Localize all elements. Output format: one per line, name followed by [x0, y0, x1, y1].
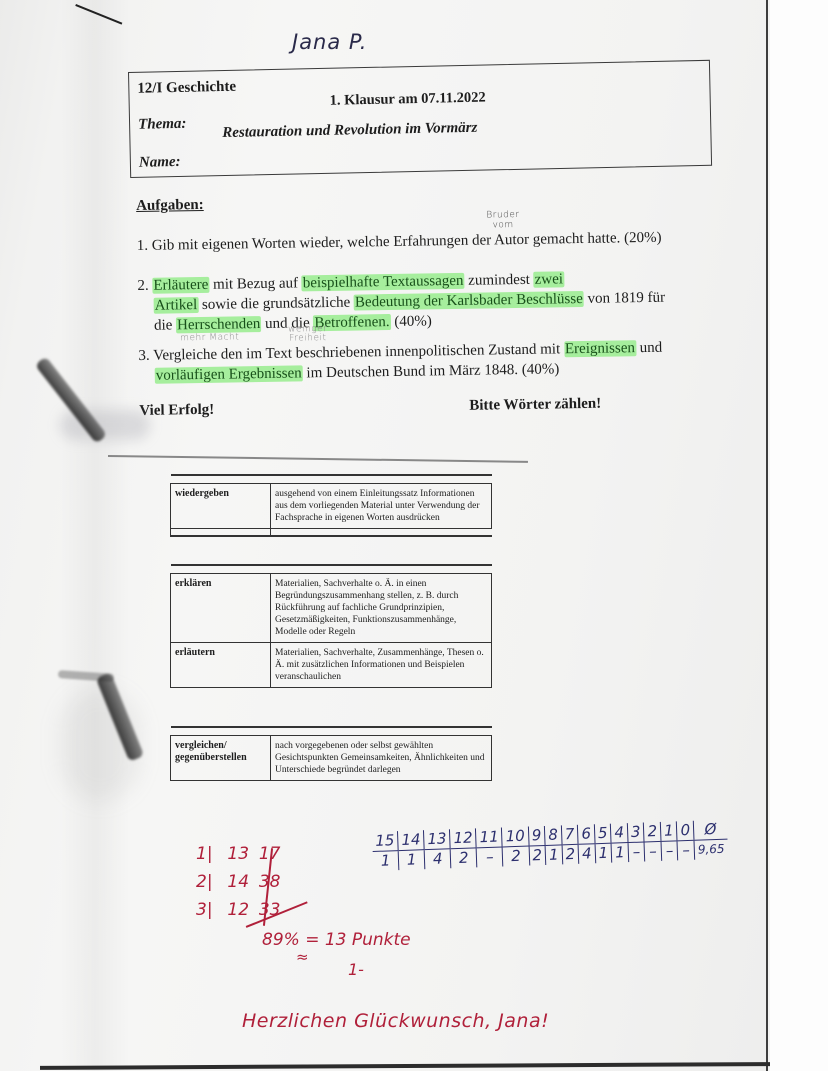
task-text: zumindest	[468, 272, 530, 289]
task-text: und	[640, 340, 663, 356]
grade-count-cell: 2	[562, 844, 579, 864]
operator-term: erläutern	[171, 642, 271, 687]
grade-point-cell: 7	[561, 825, 578, 845]
grade-count-cell: 1	[545, 845, 562, 865]
operator-definition: ausgehend von einem Einleitungssatz Info…	[271, 483, 492, 528]
grade-count-cell: 1	[373, 851, 399, 871]
grade-point-cell: 14	[398, 830, 425, 850]
grading-task: 3|	[196, 900, 222, 920]
annotation-weniger-freiheit: weniger Freiheit	[288, 325, 328, 344]
operator-table-vergleichen: vergleichen/ gegenüberstellen nach vorge…	[170, 726, 492, 781]
grading-approx: ≈	[296, 948, 309, 966]
closing-count-words: Bitte Wörter zählen!	[469, 396, 601, 415]
grading-task: 2|	[196, 872, 222, 892]
task-2: 2. Erläutere mit Bezug auf beispielhafte…	[137, 268, 678, 336]
grading-points: 13	[227, 844, 253, 864]
grade-point-cell: 2	[644, 822, 661, 842]
grading-row: 1| 13 17	[196, 844, 280, 864]
grade-point-cell: 5	[594, 824, 611, 844]
annotation-bruder-vom: Bruder vom	[486, 210, 520, 231]
exam-title: 1. Klausur am 07.11.2022	[329, 90, 485, 110]
grading-grade: 1-	[348, 960, 364, 979]
grade-point-cell: Ø	[693, 820, 727, 841]
grade-count-cell: –	[628, 842, 645, 862]
grade-point-cell: 4	[611, 823, 628, 843]
grading-points: 14	[227, 872, 253, 892]
grade-count-cell: 9,65	[694, 839, 728, 860]
operator-term: wiedergeben	[171, 483, 271, 528]
task-text: sowie die grundsätzliche	[202, 295, 351, 313]
grading-result: 89% = 13 Punkte	[262, 930, 411, 950]
operator-definition: Materialien, Sachverhalte o. Ä. in einen…	[271, 573, 492, 642]
operator-definition: Materialien, Sachverhalte, Zusammenhänge…	[271, 642, 492, 687]
task-text: Autor gemacht hatte. (20%)	[494, 230, 662, 249]
task-text: Gib mit eigenen Worten wieder, welche Er…	[152, 232, 492, 253]
grade-point-cell: 10	[502, 827, 529, 847]
grading-points: 12	[227, 900, 253, 920]
grade-point-cell: 0	[677, 821, 694, 841]
task-text: die	[154, 317, 173, 333]
task-text: mit Bezug auf	[213, 275, 298, 292]
task-3: 3. Vergleiche den im Text beschriebenen …	[138, 337, 679, 385]
table-row: erläutern Materialien, Sachverhalte, Zus…	[171, 642, 492, 687]
highlight: zwei	[534, 271, 565, 287]
grade-count-cell: 2	[450, 848, 477, 868]
grade-count-cell: –	[677, 840, 694, 860]
grade-point-cell: 12	[450, 828, 477, 848]
operator-table-wiedergeben: wiedergeben ausgehend von einem Einleitu…	[170, 474, 492, 537]
subject-label: 12/I Geschichte	[137, 79, 236, 98]
table-row: vergleichen/ gegenüberstellen nach vorge…	[171, 735, 492, 780]
operator-term: erklären	[171, 573, 271, 642]
grade-point-cell: 15	[372, 831, 398, 851]
task-number: 3.	[138, 348, 149, 364]
grade-count-cell: 1	[595, 843, 612, 863]
operator-definition: nach vorgegebenen oder selbst gewählten …	[271, 735, 492, 780]
background-margin	[770, 0, 828, 1071]
grade-count-cell: 1	[398, 850, 425, 870]
operator-table-erklaeren-erlaeutern: erklären Materialien, Sachverhalte o. Ä.…	[170, 564, 492, 688]
name-label: Name:	[139, 154, 181, 172]
highlight: Ereignissen	[564, 340, 636, 357]
highlight: Bedeutung der Karlsbader Beschlüsse	[354, 291, 584, 311]
annotation-line: Bruder	[486, 210, 519, 221]
task-text: (40%)	[394, 313, 432, 330]
grade-point-cell: 8	[545, 825, 562, 845]
grade-point-cell: 6	[578, 824, 595, 844]
annotation-mehr-macht: mehr Macht	[180, 332, 239, 343]
grade-count-cell: 4	[578, 844, 595, 864]
highlight: Herrschenden	[176, 316, 262, 333]
grade-point-cell: 13	[424, 829, 451, 849]
page-shadow	[60, 0, 130, 1071]
grade-count-cell: –	[644, 841, 661, 861]
grade-count-cell: –	[661, 841, 678, 861]
grade-count-cell: 1	[611, 843, 628, 863]
exam-header-box: 12/I Geschichte 1. Klausur am 07.11.2022…	[128, 60, 712, 178]
grade-point-cell: 1	[660, 821, 677, 841]
grade-count-cell: 2	[529, 845, 546, 865]
annotation-line: vom	[486, 220, 519, 231]
table-row: erklären Materialien, Sachverhalte o. Ä.…	[171, 573, 492, 642]
highlight: beispielhafte Textaussagen	[302, 273, 465, 292]
grade-count-cell: 4	[424, 849, 451, 869]
grade-count-cell: –	[476, 847, 503, 867]
task-number: 2.	[137, 278, 148, 294]
highlight: Artikel	[154, 297, 199, 314]
task-number: 1.	[137, 238, 148, 254]
thema-value: Restauration und Revolution im Vormärz	[222, 120, 477, 142]
grading-task: 1|	[196, 844, 222, 864]
thema-label: Thema:	[138, 116, 187, 134]
congratulations-note: Herzlichen Glückwunsch, Jana!	[242, 1010, 549, 1032]
grade-point-cell: 3	[627, 823, 644, 843]
grade-count-cell: 2	[503, 846, 530, 866]
grade-point-cell: 9	[528, 826, 545, 846]
highlight: Erläutere	[152, 277, 209, 294]
student-name-handwritten: Jana P.	[292, 30, 367, 54]
closing-good-luck: Viel Erfolg!	[139, 402, 214, 420]
table-row: wiedergeben ausgehend von einem Einleitu…	[171, 483, 492, 528]
task-text: im Deutschen Bund im März 1848. (40%)	[306, 361, 559, 381]
operator-term: vergleichen/ gegenüberstellen	[171, 735, 271, 780]
highlight: vorläufigen Ergebnissen	[155, 365, 303, 383]
grade-point-cell: 11	[476, 827, 503, 847]
task-text: von 1819 für	[587, 290, 665, 307]
